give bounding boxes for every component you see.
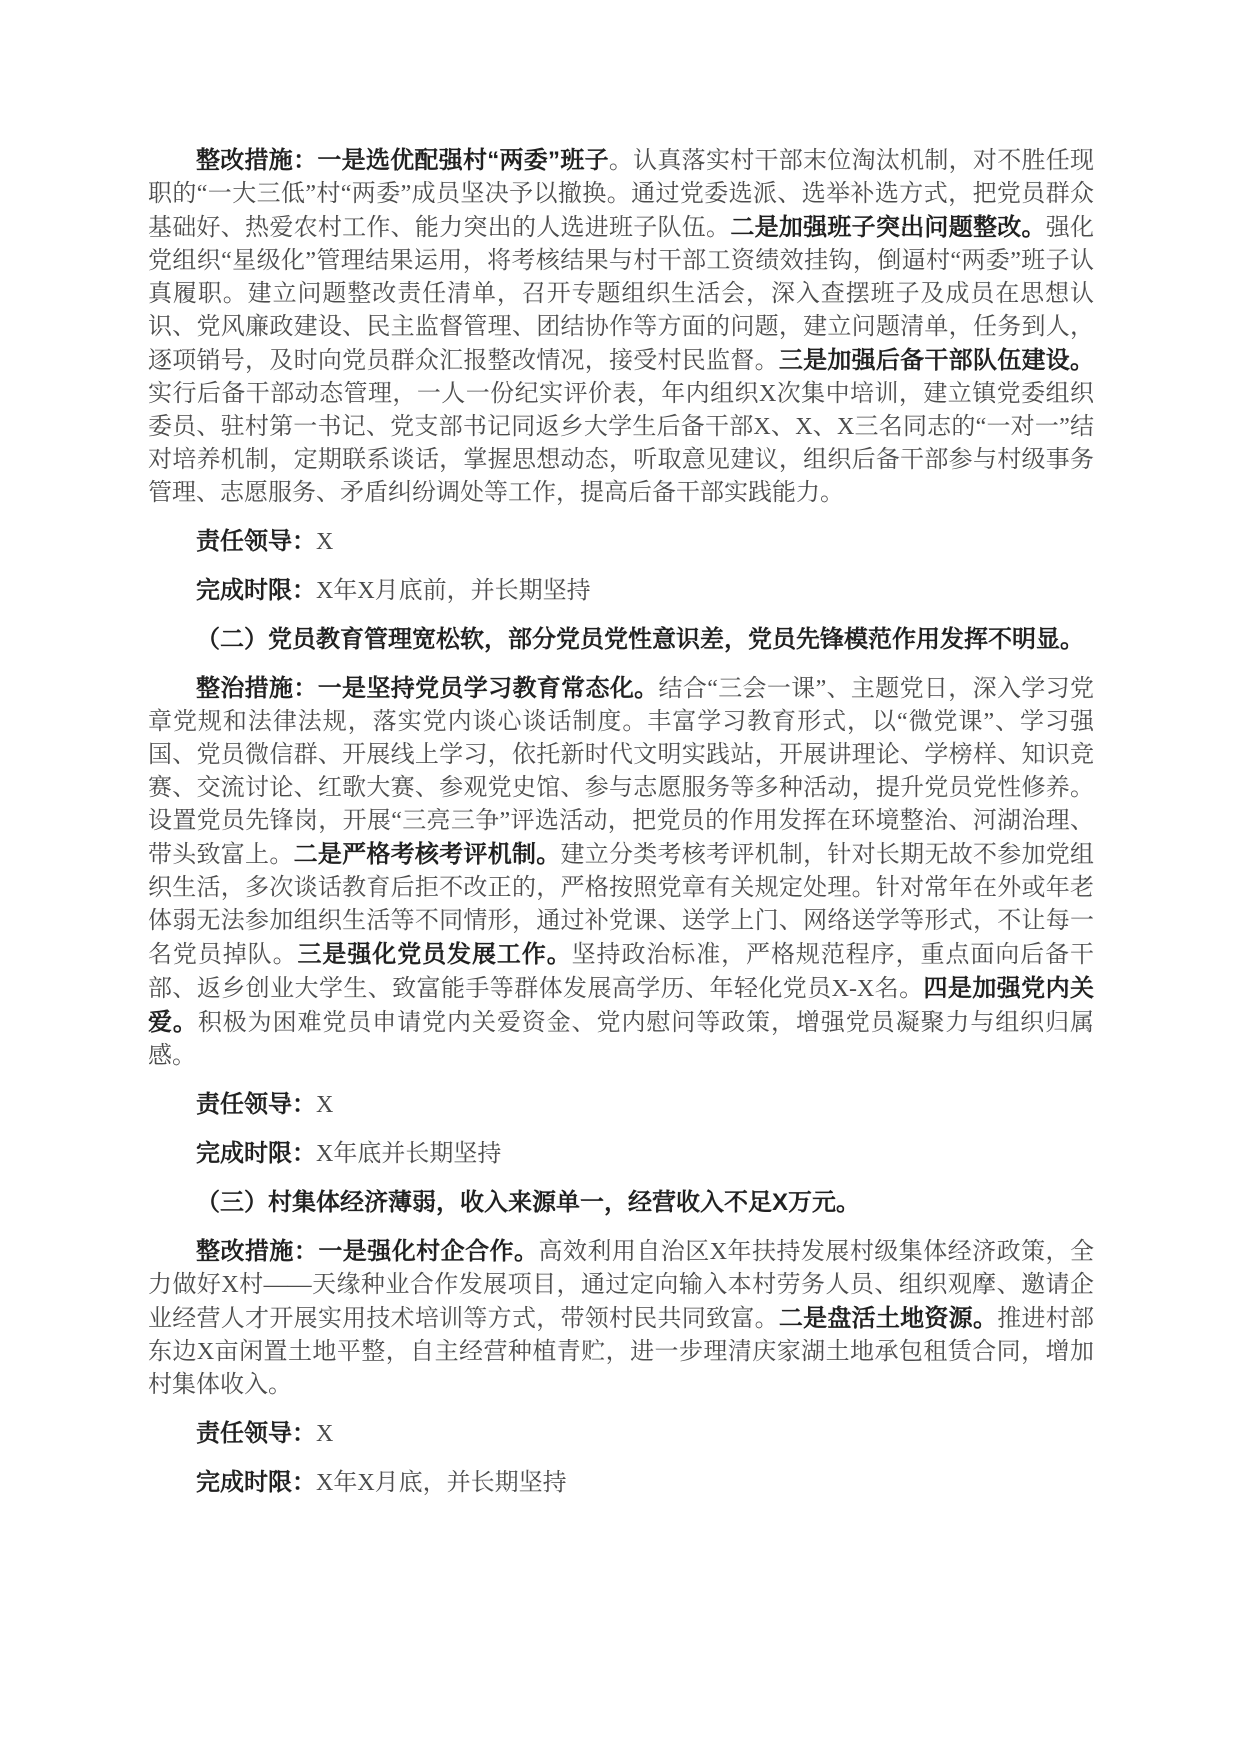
text-run: X年X月底前，并长期坚持 — [316, 578, 591, 604]
text-run-bold: 完成时限： — [196, 1469, 316, 1496]
text-run: X — [316, 1092, 333, 1118]
text-run-bold: （三）村集体经济薄弱，收入来源单一，经营收入不足X万元。 — [196, 1189, 860, 1216]
issue-heading-2: （二）党员教育管理宽松软，部分党员党性意识差，党员先锋模范作用发挥不明显。 — [148, 623, 1094, 657]
text-run: X — [316, 1421, 333, 1447]
text-run-bold: 责任领导： — [196, 1091, 316, 1118]
document-page: 整改措施：一是选优配强村“两委”班子。认真落实村干部末位淘汰机制，对不胜任现职的… — [0, 0, 1240, 1754]
text-run-bold: 完成时限： — [196, 1140, 316, 1167]
text-run: X年底并长期坚持 — [316, 1141, 501, 1167]
text-run-bold: 整改措施：一是强化村企合作。 — [196, 1238, 538, 1265]
text-run: X年X月底，并长期坚持 — [316, 1470, 567, 1496]
text-run-bold: 二是严格考核考评机制。 — [294, 841, 561, 868]
text-run-bold: 二是加强班子突出问题整改。 — [730, 214, 1045, 241]
responsible-leader-3: 责任领导：X — [148, 1417, 1094, 1451]
text-run-bold: 二是盘活土地资源。 — [779, 1305, 997, 1332]
text-run-bold: 责任领导： — [196, 1420, 316, 1447]
text-run: 积极为困难党员申请党内关爱资金、党内慰问等政策，增强党员凝聚力与组织归属感。 — [148, 1010, 1094, 1069]
rectification-measures-paragraph-1: 整改措施：一是选优配强村“两委”班子。认真落实村干部末位淘汰机制，对不胜任现职的… — [148, 144, 1094, 510]
rectification-measures-paragraph-2: 整治措施：一是坚持党员学习教育常态化。结合“三会一课”、主题党日，深入学习党章党… — [148, 672, 1094, 1073]
text-run-bold: （二）党员教育管理宽松软，部分党员党性意识差，党员先锋模范作用发挥不明显。 — [196, 626, 1084, 653]
text-run-bold: 责任领导： — [196, 528, 316, 555]
issue-heading-3: （三）村集体经济薄弱，收入来源单一，经营收入不足X万元。 — [148, 1186, 1094, 1220]
text-run-bold: 三是强化党员发展工作。 — [298, 941, 572, 968]
text-run-bold: 三是加强后备干部队伍建设。 — [779, 347, 1094, 374]
text-run-bold: 整改措施：一是选优配强村“两委”班子 — [196, 147, 609, 174]
text-run: 结合“三会一课”、主题党日，深入学习党章党规和法律法规，落实党内谈心谈话制度。丰… — [148, 676, 1094, 868]
text-run-bold: 完成时限： — [196, 577, 316, 604]
deadline-2: 完成时限：X年底并长期坚持 — [148, 1137, 1094, 1171]
text-run-bold: 整治措施：一是坚持党员学习教育常态化。 — [196, 675, 659, 702]
responsible-leader-1: 责任领导：X — [148, 525, 1094, 559]
rectification-measures-paragraph-3: 整改措施：一是强化村企合作。高效利用自治区X年扶持发展村级集体经济政策，全力做好… — [148, 1235, 1094, 1402]
document-body: 整改措施：一是选优配强村“两委”班子。认真落实村干部末位淘汰机制，对不胜任现职的… — [148, 144, 1094, 1500]
responsible-leader-2: 责任领导：X — [148, 1088, 1094, 1122]
deadline-1: 完成时限：X年X月底前，并长期坚持 — [148, 574, 1094, 608]
text-run: X — [316, 529, 333, 555]
deadline-3: 完成时限：X年X月底，并长期坚持 — [148, 1466, 1094, 1500]
text-run: 实行后备干部动态管理，一人一份纪实评价表，年内组织X次集中培训，建立镇党委组织委… — [148, 381, 1094, 506]
